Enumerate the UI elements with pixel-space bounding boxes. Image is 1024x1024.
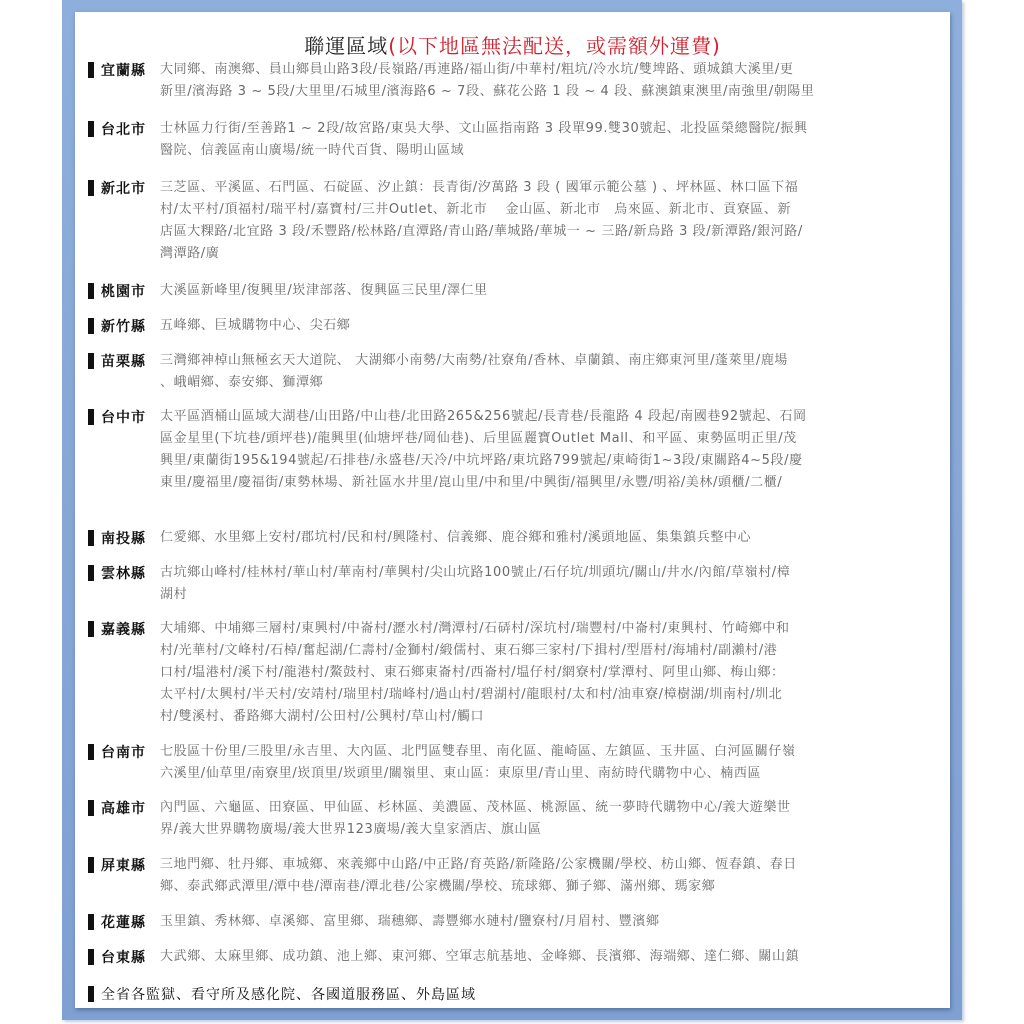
region-detail: 內門區、六龜區、田寮區、甲仙區、杉林區、美濃區、茂林區、桃源區、統一夢時代購物中… <box>160 797 943 841</box>
region-label: 苗栗縣 <box>101 351 146 371</box>
region-label: 台中市 <box>101 407 146 427</box>
footer-note: 全省各監獄、看守所及感化院、各國道服務區、外島區域 <box>101 984 476 1004</box>
bullet-marker-icon <box>88 565 94 581</box>
region-detail: 三灣鄉神棹山無極玄天大道院、 大湖鄉小南勢/大南勢/社寮角/香林、卓蘭鎮、南庄鄉… <box>160 350 943 394</box>
region-label: 台南市 <box>101 742 146 762</box>
bullet-marker-icon <box>88 180 94 196</box>
region-detail: 三地門鄉、牡丹鄉、車城鄉、來義鄉中山路/中正路/育英路/新隆路/公家機關/學校、… <box>160 854 943 898</box>
region-label: 台東縣 <box>101 947 146 967</box>
region-label: 新竹縣 <box>101 316 146 336</box>
region-label: 宜蘭縣 <box>101 60 146 80</box>
page-title: 聯運區域(以下地區無法配送，或需額外運費) <box>75 30 950 59</box>
region-label: 南投縣 <box>101 528 146 548</box>
region-label: 新北市 <box>101 178 146 198</box>
region-detail: 古坑鄉山峰村/桂林村/華山村/華南村/華興村/尖山坑路100號止/石仔坑/圳頭坑… <box>160 562 943 606</box>
region-detail: 太平區酒桶山區域大湖巷/山田路/中山巷/北田路265&256號起/長青巷/長龍路… <box>160 406 943 494</box>
region-detail: 五峰鄉、巨城購物中心、尖石鄉 <box>160 315 943 337</box>
bullet-marker-icon <box>88 530 94 546</box>
bullet-marker-icon <box>88 949 94 965</box>
bullet-marker-icon <box>88 283 94 299</box>
bullet-marker-icon <box>88 800 94 816</box>
bullet-marker-icon <box>88 121 94 137</box>
bullet-marker-icon <box>88 409 94 425</box>
region-detail: 大埔鄉、中埔鄉三層村/東興村/中崙村/瀝水村/灣潭村/石硦村/深坑村/瑞豐村/中… <box>160 618 943 728</box>
bullet-marker-icon <box>88 62 94 78</box>
title-main: 聯運區域 <box>304 34 388 58</box>
region-label: 台北市 <box>101 119 146 139</box>
region-detail: 七股區十份里/三股里/永吉里、大內區、北門區雙春里、南化區、龍崎區、左鎮區、玉井… <box>160 741 943 785</box>
bullet-marker-icon <box>88 353 94 369</box>
bullet-marker-icon <box>88 986 94 1002</box>
content-panel: 聯運區域(以下地區無法配送，或需額外運費) 宜蘭縣 大同鄉、南澳鄉、員山鄉員山路… <box>75 12 950 1008</box>
bullet-marker-icon <box>88 318 94 334</box>
region-detail: 玉里鎮、秀林鄉、卓溪鄉、富里鄉、瑞穗鄉、壽豐鄉水璉村/鹽寮村/月眉村、豐濱鄉 <box>160 911 943 933</box>
bullet-marker-icon <box>88 621 94 637</box>
region-label: 花蓮縣 <box>101 912 146 932</box>
region-detail: 大武鄉、太麻里鄉、成功鎮、池上鄉、東河鄉、空軍志航基地、金峰鄉、長濱鄉、海端鄉、… <box>160 946 943 968</box>
region-label: 屏東縣 <box>101 855 146 875</box>
region-detail: 三芝區、平溪區、石門區、石碇區、汐止鎮：長青街/汐萬路 3 段 ( 國軍示範公墓… <box>160 177 943 265</box>
region-detail: 大溪區新峰里/復興里/崁津部落、復興區三民里/澤仁里 <box>160 280 943 302</box>
region-detail: 士林區力行街/至善路1 ~ 2段/故宮路/東吳大學、文山區指南路 3 段單99.… <box>160 118 943 162</box>
bullet-marker-icon <box>88 744 94 760</box>
region-detail: 仁愛鄉、水里鄉上安村/郡坑村/民和村/興隆村、信義鄉、鹿谷鄉和雅村/溪頭地區、集… <box>160 527 943 549</box>
bullet-marker-icon <box>88 857 94 873</box>
region-label: 嘉義縣 <box>101 619 146 639</box>
bullet-marker-icon <box>88 914 94 930</box>
region-label: 高雄市 <box>101 798 146 818</box>
title-note: (以下地區無法配送，或需額外運費) <box>388 34 721 58</box>
region-label: 雲林縣 <box>101 563 146 583</box>
region-label: 桃園市 <box>101 281 146 301</box>
region-detail: 大同鄉、南澳鄉、員山鄉員山路3段/長嶺路/再連路/福山街/中華村/粗坑/冷水坑/… <box>160 59 943 103</box>
